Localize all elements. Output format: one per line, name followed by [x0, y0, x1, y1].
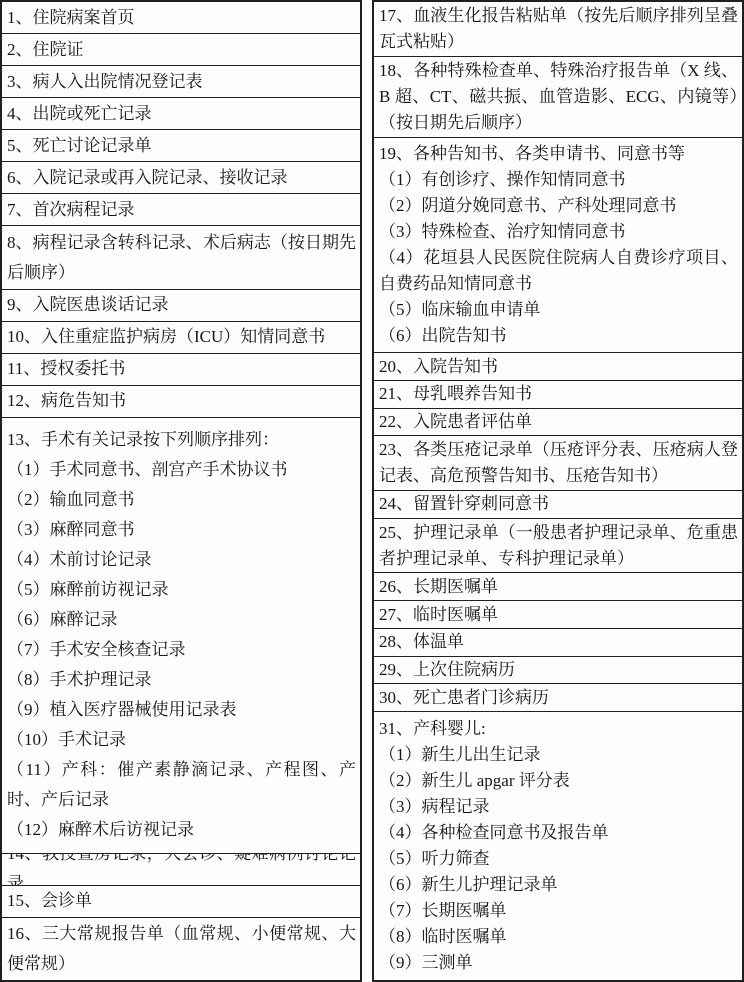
- record-cell-4: 4、出院或死亡记录: [2, 97, 360, 129]
- record-cell-31: 31、产科婴儿: （1）新生儿出生记录 （2）新生儿 apgar 评分表 （3）…: [374, 711, 742, 980]
- record-cell-21: 21、母乳喂养告知书: [374, 380, 742, 408]
- record-cell-8: 8、病程记录含转科记录、术后病志（按日期先后顺序）: [2, 225, 360, 288]
- record-cell-28: 28、体温单: [374, 628, 742, 656]
- record-cell-19: 19、各种告知书、各类申请书、同意书等 （1）有创诊疗、操作知情同意书 （2）阴…: [374, 137, 742, 352]
- record-cell-29: 29、上次住院病历: [374, 656, 742, 684]
- record-cell-25: 25、护理记录单（一般患者护理记录单、危重患者护理记录单、专科护理记录单）: [374, 518, 742, 573]
- record-cell-16: 16、三大常规报告单（血常规、小便常规、大便常规）: [2, 917, 360, 980]
- record-cell-22: 22、入院患者评估单: [374, 408, 742, 436]
- record-cell-3: 3、病人入出院情况登记表: [2, 65, 360, 97]
- record-cell-15: 15、会诊单: [2, 885, 360, 917]
- record-cell-12: 12、病危告知书: [2, 385, 360, 417]
- record-cell-10: 10、入住重症监护病房（ICU）知情同意书: [2, 321, 360, 353]
- record-cell-6: 6、入院记录或再入院记录、接收记录: [2, 161, 360, 193]
- right-table: 17、血液生化报告粘贴单（按先后顺序排列呈叠瓦式粘贴） 18、各种特殊检查单、特…: [372, 0, 744, 982]
- record-cell-13: 13、手术有关记录按下列顺序排列： （1）手术同意书、剖宫产手术协议书 （2）输…: [2, 417, 360, 853]
- record-cell-17: 17、血液生化报告粘贴单（按先后顺序排列呈叠瓦式粘贴）: [374, 2, 742, 56]
- record-cell-23: 23、各类压疮记录单（压疮评分表、压疮病人登记表、高危预警告知书、压疮告知书）: [374, 435, 742, 490]
- record-cell-1: 1、住院病案首页: [2, 2, 360, 33]
- record-cell-18: 18、各种特殊检查单、特殊治疗报告单（X 线、B 超、CT、磁共振、血管造影、E…: [374, 56, 742, 137]
- left-table: 1、住院病案首页 2、住院证 3、病人入出院情况登记表 4、出院或死亡记录 5、…: [0, 0, 362, 982]
- record-cell-9: 9、入院医患谈话记录: [2, 289, 360, 321]
- record-cell-24: 24、留置针穿刺同意书: [374, 490, 742, 518]
- record-cell-5: 5、死亡讨论记录单: [2, 129, 360, 161]
- record-cell-11: 11、授权委托书: [2, 353, 360, 385]
- record-cell-30: 30、死亡患者门诊病历: [374, 683, 742, 711]
- document-page: 1、住院病案首页 2、住院证 3、病人入出院情况登记表 4、出院或死亡记录 5、…: [0, 0, 744, 982]
- record-cell-7: 7、首次病程记录: [2, 193, 360, 225]
- record-cell-26: 26、长期医嘱单: [374, 572, 742, 600]
- record-cell-2: 2、住院证: [2, 33, 360, 65]
- record-cell-20: 20、入院告知书: [374, 352, 742, 380]
- record-cell-14: 14、教授查房记录，大会诊、疑难病例讨论记录: [2, 853, 360, 885]
- record-cell-27: 27、临时医嘱单: [374, 600, 742, 628]
